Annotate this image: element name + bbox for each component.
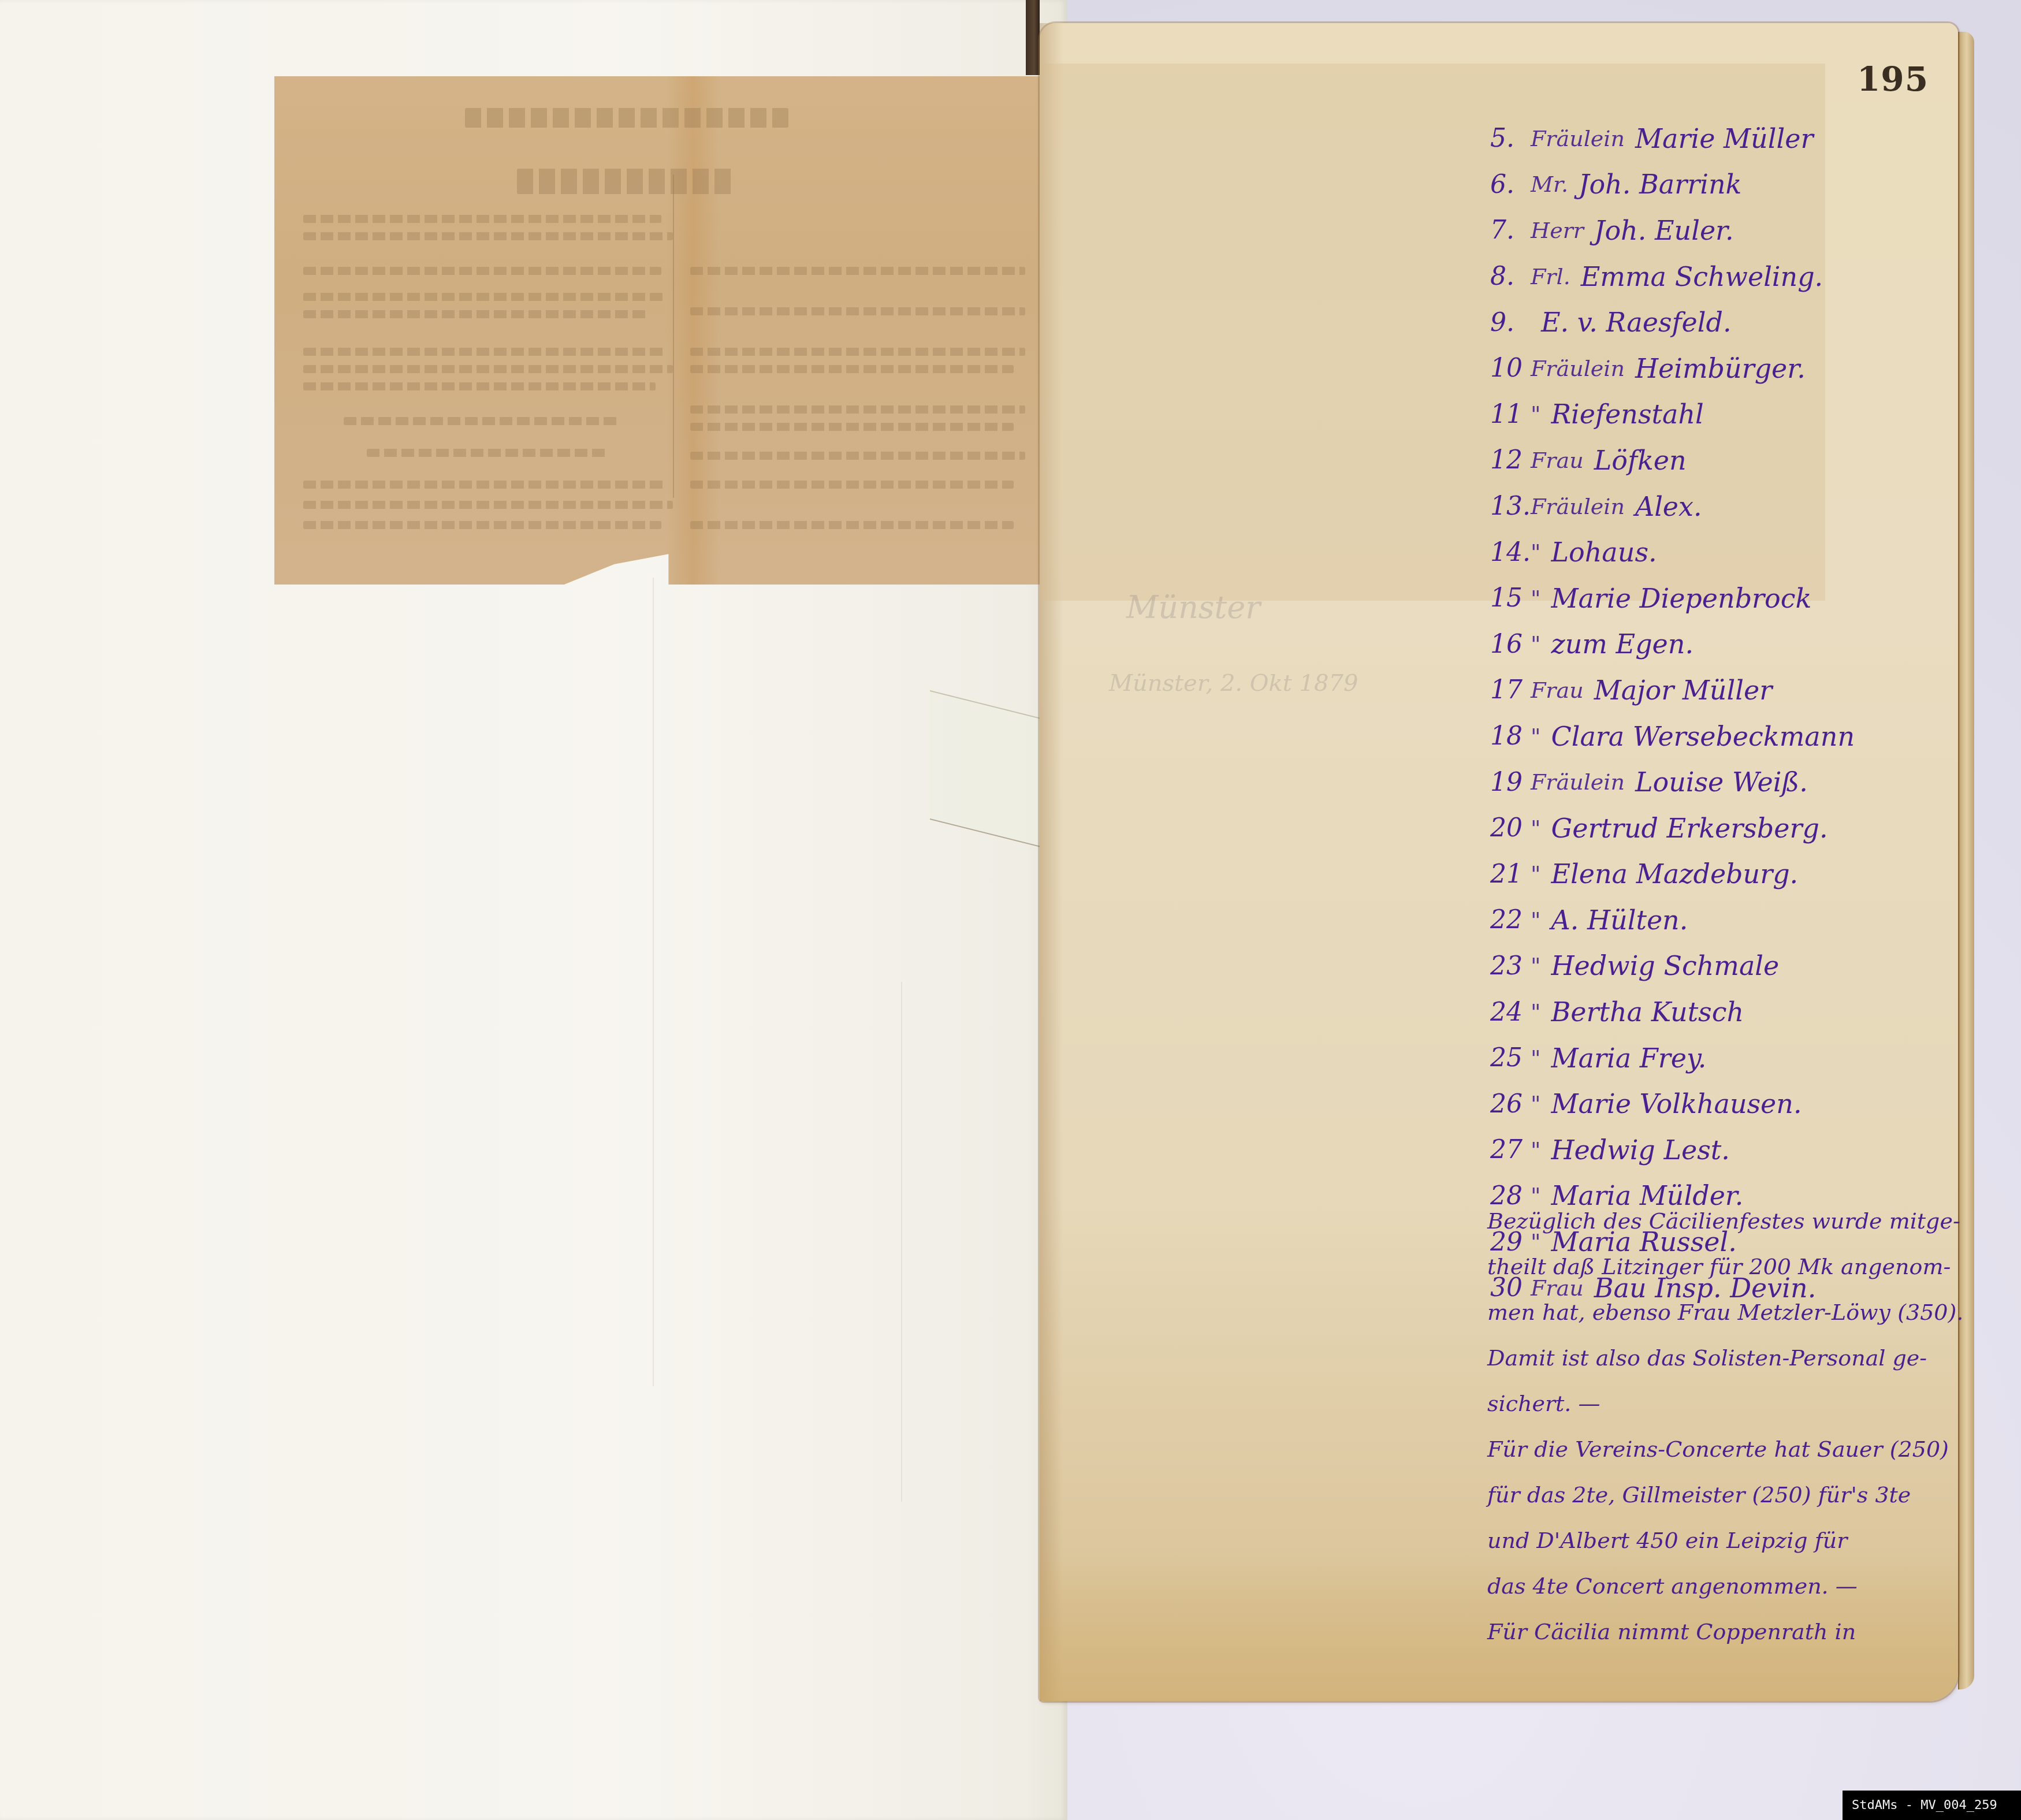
item-title: Frau	[1531, 678, 1584, 703]
column-rule	[673, 174, 674, 498]
list-item: 19FräuleinLouise Weiß.	[1490, 759, 1929, 805]
mirrored-text-line	[690, 452, 1025, 460]
item-title: "	[1531, 907, 1540, 933]
text-line: Für die Vereins-Concerte hat Sauer (250)	[1487, 1427, 1961, 1472]
item-name: Louise Weiß.	[1635, 766, 1808, 798]
handwritten-name-list: 5.FräuleinMarie Müller 6.Mr.Joh. Barrink…	[1490, 116, 1929, 1311]
item-name: Heimbürger.	[1635, 353, 1806, 384]
text-line: Für Cäcilia nimmt Coppenrath in	[1487, 1609, 1961, 1655]
mirrored-text-line	[690, 423, 1014, 431]
item-title: "	[1531, 953, 1540, 978]
item-number: 24	[1490, 998, 1531, 1027]
mirrored-headline	[517, 169, 736, 194]
mirrored-text-line	[690, 307, 1025, 315]
item-title: "	[1531, 401, 1540, 427]
item-number: 7.	[1490, 215, 1531, 245]
item-number: 5.	[1490, 124, 1531, 153]
item-number: 14.	[1490, 538, 1531, 567]
item-title: Fräulein	[1531, 494, 1625, 519]
list-item: 16"zum Egen.	[1490, 621, 1929, 668]
bleed-through-heading: Münster	[1126, 589, 1260, 626]
item-name: Marie Müller	[1635, 123, 1813, 154]
item-number: 25	[1490, 1043, 1531, 1073]
mirrored-text-line	[690, 521, 1014, 529]
item-title: "	[1531, 631, 1540, 657]
handwritten-minutes-paragraph: Bezüglich des Cäcilienfestes wurde mitge…	[1487, 1199, 1961, 1655]
list-item: 12FrauLöfken	[1490, 437, 1929, 483]
item-title: Fräulein	[1531, 126, 1625, 151]
item-number: 8.	[1490, 262, 1531, 291]
mirrored-text-line	[303, 521, 661, 529]
item-title: Mr.	[1531, 172, 1568, 197]
item-name: Riefenstahl	[1551, 399, 1703, 430]
item-number: 17	[1490, 675, 1531, 705]
item-title: Frl.	[1531, 264, 1570, 289]
item-number: 16	[1490, 630, 1531, 659]
mirrored-text-line	[690, 348, 1025, 356]
list-item: 10FräuleinHeimbürger.	[1490, 345, 1929, 392]
item-name: E. v. Raesfeld.	[1541, 307, 1732, 338]
mirrored-text-line	[690, 405, 1025, 414]
mirrored-text-line	[303, 310, 650, 318]
mirrored-text-line	[303, 382, 656, 390]
item-name: Hedwig Schmale	[1551, 950, 1779, 981]
item-name: Joh. Barrink	[1579, 169, 1741, 200]
item-number: 22	[1490, 905, 1531, 935]
glue-stain	[667, 76, 719, 585]
item-name: Maria Frey.	[1551, 1043, 1706, 1074]
list-item: 6.Mr.Joh. Barrink	[1490, 162, 1929, 208]
item-title: Frau	[1531, 448, 1584, 473]
list-item: 7.HerrJoh. Euler.	[1490, 207, 1929, 254]
page-number: 195	[1857, 59, 1929, 99]
item-number: 23	[1490, 951, 1531, 981]
list-item: 14."Lohaus.	[1490, 529, 1929, 575]
list-item: 13.FräuleinAlex.	[1490, 483, 1929, 530]
item-number: 9.	[1490, 308, 1531, 337]
item-title: "	[1531, 861, 1540, 887]
mirrored-text-line	[690, 267, 1025, 275]
item-title: Herr	[1531, 218, 1584, 243]
mirrored-text-line	[303, 348, 667, 356]
item-title: "	[1531, 1091, 1540, 1116]
item-number: 15	[1490, 583, 1531, 613]
mirrored-text-line	[303, 215, 661, 223]
book-binding-gutter	[1026, 0, 1040, 75]
item-number: 13.	[1490, 492, 1531, 521]
list-item: 25"Maria Frey.	[1490, 1035, 1929, 1081]
mirrored-text-line	[303, 501, 673, 509]
item-title: "	[1531, 1137, 1540, 1163]
item-name: Elena Mazdeburg.	[1551, 858, 1798, 889]
text-line: Damit ist also das Solisten-Personal ge-	[1487, 1335, 1961, 1381]
item-name: Hedwig Lest.	[1551, 1134, 1729, 1166]
item-title: Fräulein	[1531, 769, 1625, 795]
list-item: 24"Bertha Kutsch	[1490, 989, 1929, 1035]
item-name: Alex.	[1635, 491, 1702, 522]
item-number: 26	[1490, 1089, 1531, 1119]
item-number: 12	[1490, 445, 1531, 475]
item-name: zum Egen.	[1551, 628, 1694, 660]
paper-crease	[901, 982, 902, 1502]
list-item: 8.Frl.Emma Schweling.	[1490, 254, 1929, 300]
item-title: "	[1531, 999, 1540, 1025]
item-name: Lohaus.	[1551, 537, 1657, 568]
bleed-through-date: Münster, 2. Okt 1879	[1109, 670, 1358, 697]
item-title: "	[1531, 586, 1540, 611]
list-item: 20"Gertrud Erkersberg.	[1490, 805, 1929, 851]
item-name: Clara Wersebeckmann	[1551, 721, 1855, 752]
item-number: 19	[1490, 768, 1531, 797]
mirrored-headline	[465, 108, 788, 128]
list-item: 17FrauMajor Müller	[1490, 667, 1929, 713]
mirrored-text-line	[303, 293, 667, 301]
item-name: Major Müller	[1594, 675, 1772, 706]
list-item: 27"Hedwig Lest.	[1490, 1127, 1929, 1173]
item-number: 10	[1490, 353, 1531, 383]
mirrored-text-line	[690, 365, 1014, 373]
item-name: A. Hülten.	[1551, 905, 1688, 936]
mirrored-text-line	[367, 449, 609, 457]
mirrored-text-line	[344, 417, 621, 425]
text-line: für das 2te, Gillmeister (250) für's 3te	[1487, 1472, 1961, 1518]
item-number: 6.	[1490, 170, 1531, 199]
mirrored-text-line	[303, 232, 673, 240]
mirrored-text-line	[303, 365, 673, 373]
item-title: Fräulein	[1531, 356, 1625, 381]
text-line: men hat, ebenso Frau Metzler-Löwy (350).	[1487, 1290, 1961, 1335]
item-title: "	[1531, 724, 1540, 749]
item-name: Emma Schweling.	[1581, 261, 1823, 292]
list-item: 9.E. v. Raesfeld.	[1490, 299, 1929, 345]
item-name: Marie Diepenbrock	[1551, 583, 1811, 614]
text-line: das 4te Concert angenommen. —	[1487, 1564, 1961, 1609]
list-item: 22"A. Hülten.	[1490, 897, 1929, 943]
item-number: 11	[1490, 400, 1531, 429]
list-item: 26"Marie Volkhausen.	[1490, 1081, 1929, 1127]
list-item: 11"Riefenstahl	[1490, 392, 1929, 438]
list-item: 23"Hedwig Schmale	[1490, 943, 1929, 989]
mirrored-text-line	[303, 481, 667, 489]
pasted-newspaper-clipping	[274, 76, 1047, 585]
item-number: 27	[1490, 1135, 1531, 1164]
item-name: Joh. Euler.	[1594, 215, 1734, 246]
paper-crease	[653, 578, 654, 1386]
item-name: Bertha Kutsch	[1551, 996, 1744, 1028]
list-item: 18"Clara Wersebeckmann	[1490, 713, 1929, 760]
list-item: 15"Marie Diepenbrock	[1490, 575, 1929, 621]
item-title: "	[1531, 539, 1540, 565]
item-name: Löfken	[1594, 445, 1687, 476]
item-number: 20	[1490, 813, 1531, 843]
item-title: "	[1531, 1045, 1540, 1071]
mirrored-text-line	[303, 267, 661, 275]
text-line: und D'Albert 450 ein Leipzig für	[1487, 1518, 1961, 1564]
text-line: Bezüglich des Cäcilienfestes wurde mitge…	[1487, 1199, 1961, 1244]
item-name: Gertrud Erkersberg.	[1551, 813, 1828, 844]
item-number: 21	[1490, 859, 1531, 889]
archive-caption-bar: StdAMs - MV_004_259	[1843, 1791, 2021, 1820]
item-title: "	[1531, 816, 1540, 841]
archive-caption-text: StdAMs - MV_004_259	[1852, 1798, 1997, 1812]
text-line: sichert. —	[1487, 1381, 1961, 1427]
list-item: 5.FräuleinMarie Müller	[1490, 116, 1929, 162]
item-name: Marie Volkhausen.	[1551, 1088, 1802, 1119]
text-line: theilt daß Litzinger für 200 Mk angenom-	[1487, 1244, 1961, 1290]
list-item: 21"Elena Mazdeburg.	[1490, 851, 1929, 898]
item-number: 18	[1490, 721, 1531, 751]
mirrored-text-line	[690, 481, 1014, 489]
